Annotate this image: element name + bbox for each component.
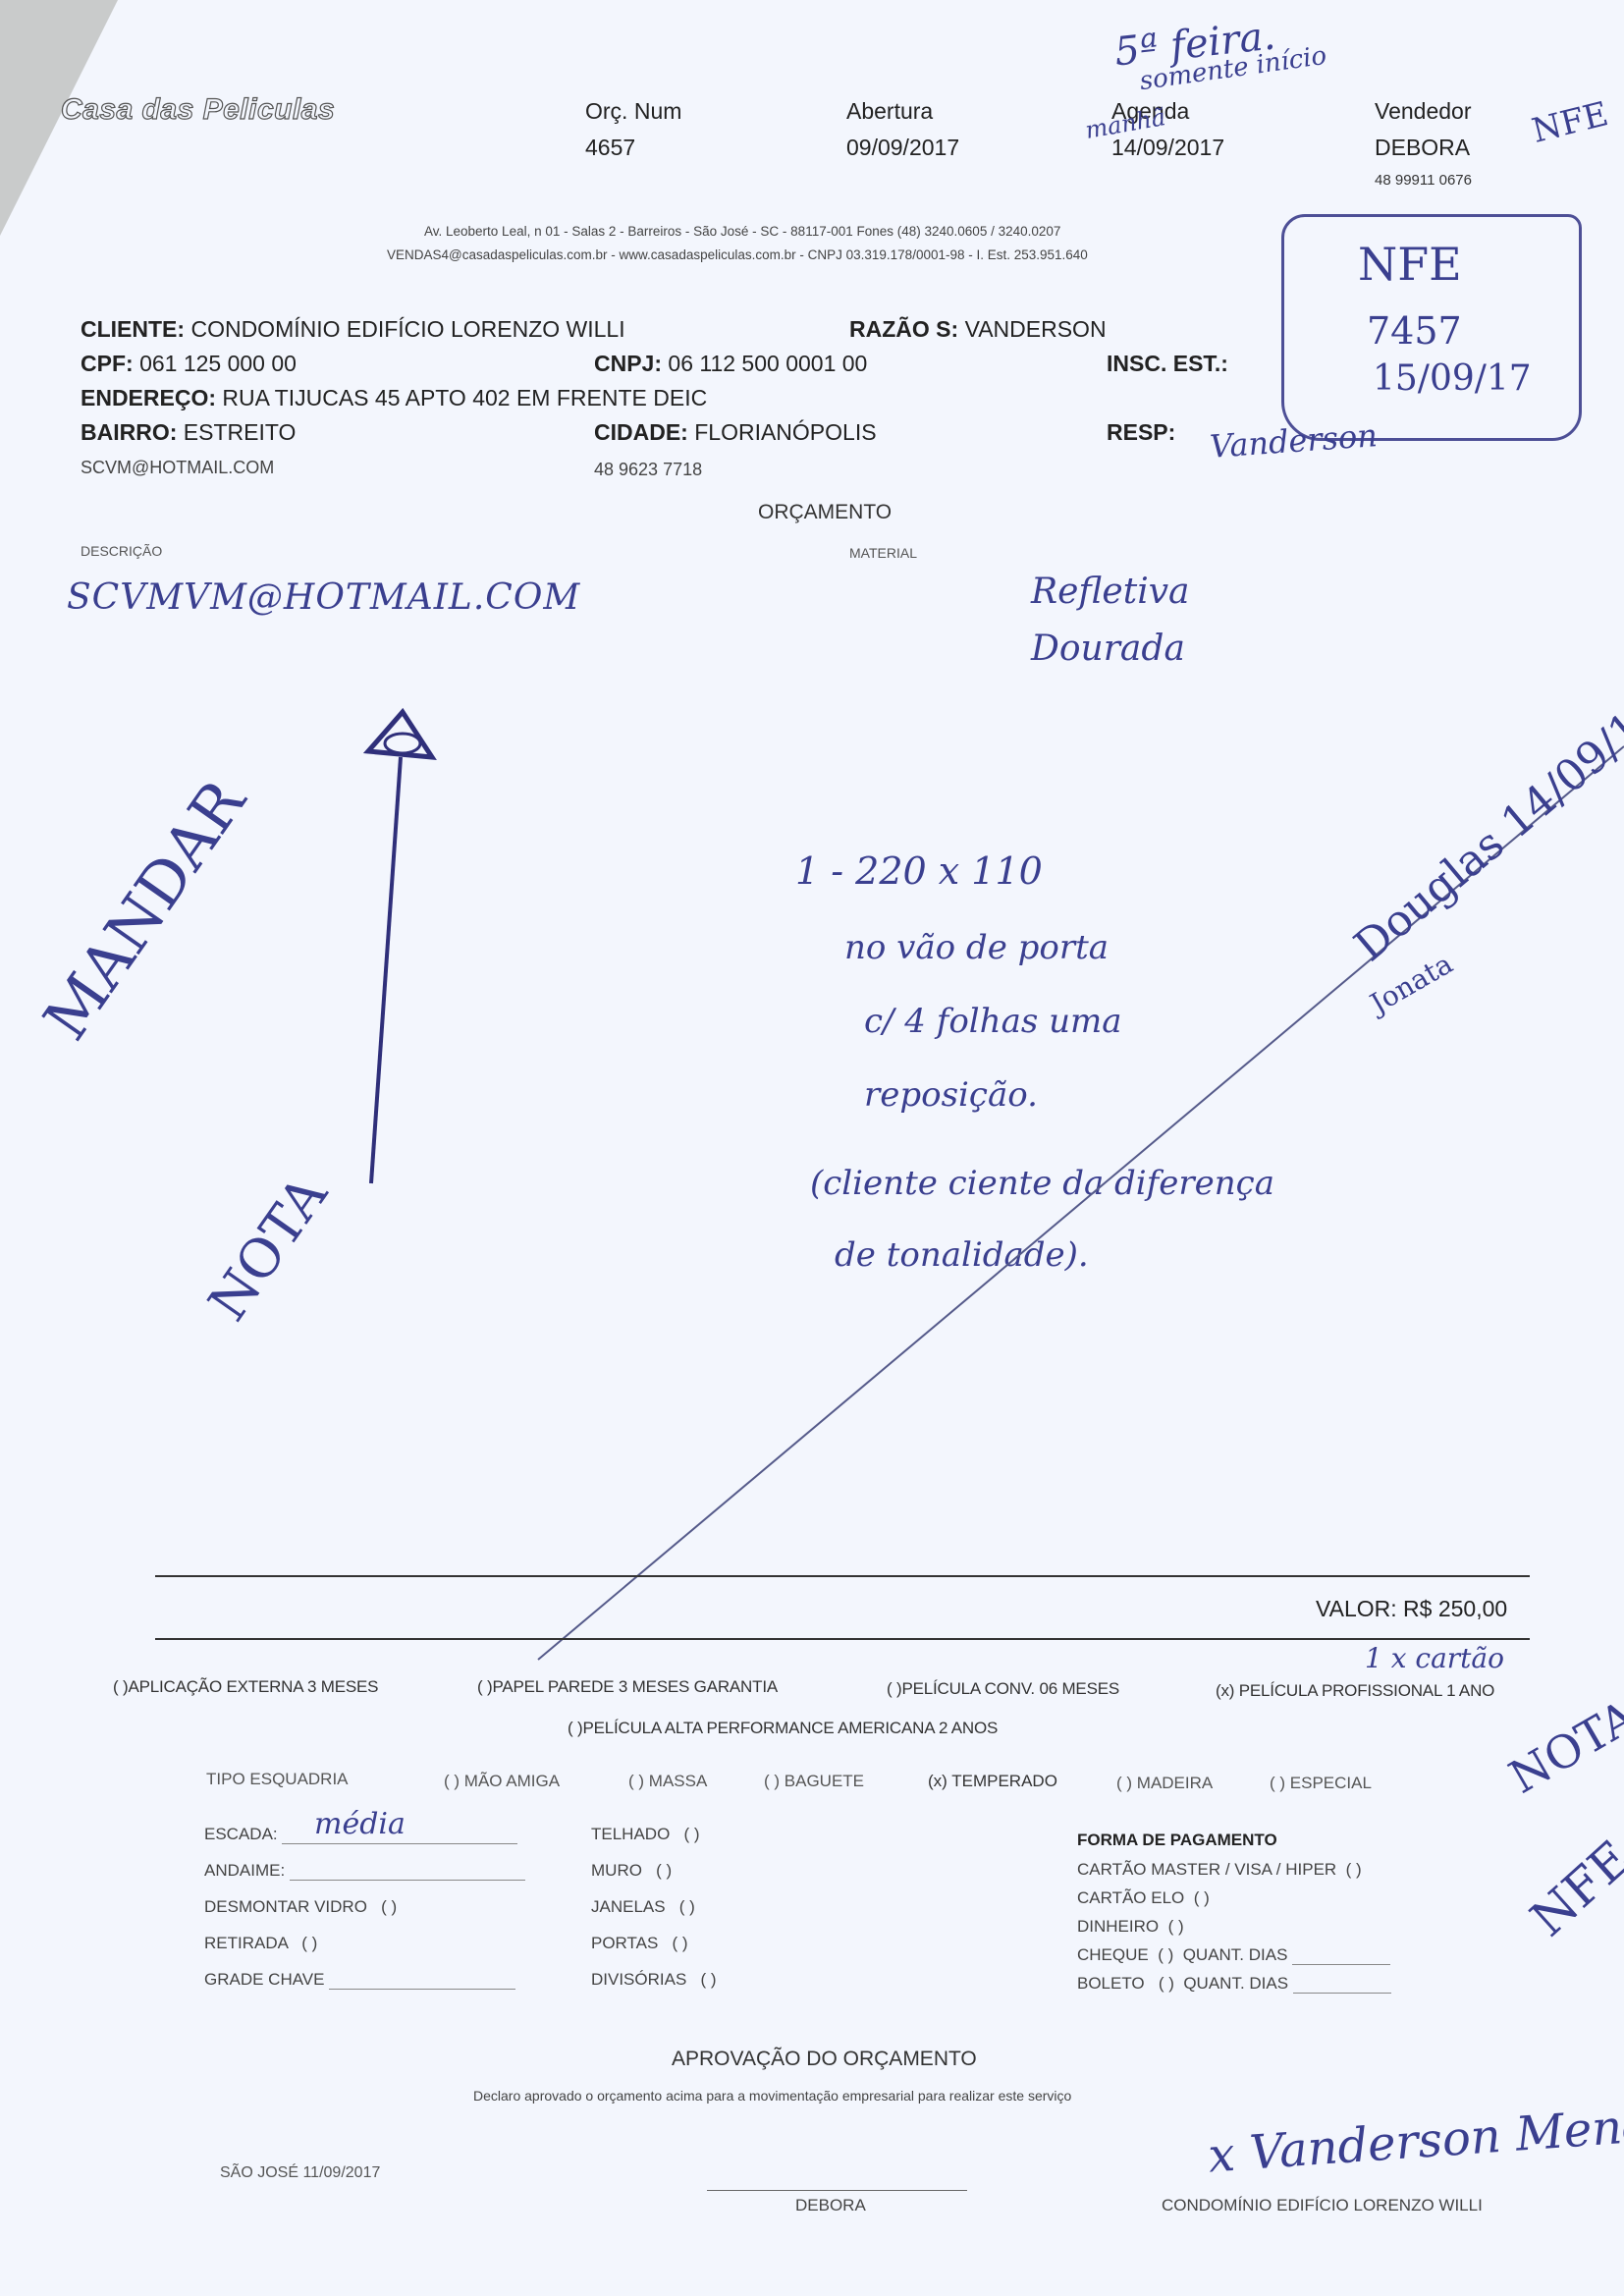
service-muro[interactable]: MURO ( ): [591, 1861, 672, 1881]
company-address: Av. Leoberto Leal, n 01 - Salas 2 - Barr…: [424, 224, 1060, 239]
option-pelicula-alta-performance[interactable]: ( )PELÍCULA ALTA PERFORMANCE AMERICANA 2…: [568, 1719, 998, 1738]
cnpj-field: CNPJ: 06 112 500 0001 00: [594, 351, 867, 377]
bairro-field: BAIRRO: ESTREITO: [81, 419, 296, 446]
esquadria-mao-amiga[interactable]: ( ) MÃO AMIGA: [444, 1772, 560, 1791]
material-label: MATERIAL: [849, 545, 917, 561]
descricao-label: DESCRIÇÃO: [81, 543, 162, 559]
razao-field: RAZÃO S: VANDERSON: [849, 316, 1107, 343]
service-andaime[interactable]: ANDAIME:: [204, 1861, 525, 1881]
orc-num-value: 4657: [585, 135, 635, 161]
nfe-box-date: 15/09/17: [1373, 358, 1532, 399]
endereco-field: ENDEREÇO: RUA TIJUCAS 45 APTO 402 EM FRE…: [81, 385, 707, 411]
vendedor-phone: 48 99911 0676: [1375, 172, 1472, 189]
option-pelicula-conv[interactable]: ( )PELÍCULA CONV. 06 MESES: [887, 1679, 1119, 1699]
company-logo: Casa das Peliculas: [61, 93, 335, 127]
material-line2: Dourada: [1031, 629, 1185, 669]
vendedor-value: DEBORA: [1375, 135, 1470, 161]
note-line: c/ 4 folhas uma: [864, 1002, 1122, 1041]
client-signature: x Vanderson Mendes: [1207, 2094, 1624, 2183]
service-retirada[interactable]: RETIRADA ( ): [204, 1934, 317, 1953]
esquadria-label: TIPO ESQUADRIA: [206, 1770, 349, 1789]
service-portas[interactable]: PORTAS ( ): [591, 1934, 688, 1953]
service-desmontar-vidro[interactable]: DESMONTAR VIDRO ( ): [204, 1897, 397, 1917]
valor-rule-top: [155, 1575, 1530, 1577]
payment-cartao-elo[interactable]: CARTÃO ELO ( ): [1077, 1888, 1210, 1908]
payment-cheque[interactable]: CHEQUE ( ) QUANT. DIAS: [1077, 1945, 1390, 1965]
payment-boleto[interactable]: BOLETO ( ) QUANT. DIAS: [1077, 1974, 1391, 1994]
insc-est-field: INSC. EST.:: [1107, 351, 1228, 377]
client-phone: 48 9623 7718: [594, 460, 702, 480]
handwritten-mandar: MANDAR: [29, 767, 259, 1053]
note-line: no vão de porta: [844, 928, 1109, 967]
handwritten-nota-left: NOTA: [196, 1165, 339, 1332]
esquadria-especial[interactable]: ( ) ESPECIAL: [1270, 1774, 1372, 1793]
esquadria-madeira[interactable]: ( ) MADEIRA: [1116, 1774, 1213, 1793]
cpf-field: CPF: 061 125 000 00: [81, 351, 297, 377]
service-janelas[interactable]: JANELAS ( ): [591, 1897, 695, 1917]
handwritten-cartao-note: 1 x cartão: [1365, 1642, 1504, 1674]
note-line: 1 - 220 x 110: [795, 849, 1043, 893]
nfe-box-number: 7457: [1367, 309, 1462, 353]
service-grade-chave[interactable]: GRADE CHAVE: [204, 1970, 515, 1990]
escada-handwritten-value: média: [314, 1807, 406, 1841]
note-line: de tonalidade).: [835, 1235, 1089, 1275]
handwritten-signature-douglas: Douglas 14/09/17: [1345, 685, 1624, 972]
seller-signature-line: [707, 2190, 967, 2191]
descricao-handwritten: SCVMVM@HOTMAIL.COM: [67, 577, 580, 618]
approval-title: APROVAÇÃO DO ORÇAMENTO: [672, 2048, 977, 2071]
place-date: SÃO JOSÉ 11/09/2017: [220, 2164, 380, 2182]
handwritten-nfe-right: NFE: [1520, 1830, 1624, 1947]
resp-handwritten: Vanderson: [1209, 416, 1379, 465]
orc-num-label: Orç. Num: [585, 98, 681, 125]
valor-rule-bottom: [155, 1638, 1530, 1640]
esquadria-baguete[interactable]: ( ) BAGUETE: [764, 1772, 864, 1791]
option-pelicula-profissional[interactable]: (x) PELÍCULA PROFISSIONAL 1 ANO: [1216, 1681, 1494, 1701]
nfe-box-title: NFE: [1358, 238, 1462, 291]
material-line1: Refletiva: [1031, 572, 1190, 612]
agenda-value: 14/09/2017: [1111, 135, 1224, 161]
client-email: SCVM@HOTMAIL.COM: [81, 458, 274, 478]
esquadria-temperado[interactable]: (x) TEMPERADO: [928, 1772, 1057, 1791]
abertura-value: 09/09/2017: [846, 135, 959, 161]
service-divisorias[interactable]: DIVISÓRIAS ( ): [591, 1970, 717, 1990]
note-line: reposição.: [864, 1075, 1038, 1115]
service-telhado[interactable]: TELHADO ( ): [591, 1825, 700, 1844]
option-papel-parede[interactable]: ( )PAPEL PAREDE 3 MESES GARANTIA: [477, 1677, 778, 1697]
payment-dinheiro[interactable]: DINHEIRO ( ): [1077, 1917, 1184, 1937]
seller-signature-label: DEBORA: [795, 2196, 866, 2215]
client-signature-label: CONDOMÍNIO EDIFÍCIO LORENZO WILLI: [1162, 2196, 1483, 2215]
cliente-field: CLIENTE: CONDOMÍNIO EDIFÍCIO LORENZO WIL…: [81, 316, 625, 343]
orcamento-title: ORÇAMENTO: [758, 501, 892, 524]
abertura-label: Abertura: [846, 98, 933, 125]
company-contact: VENDAS4@casadaspeliculas.com.br - www.ca…: [387, 247, 1088, 262]
option-aplicacao-externa[interactable]: ( )APLICAÇÃO EXTERNA 3 MESES: [113, 1677, 378, 1697]
arrow-drawing: [334, 692, 471, 1203]
payment-title: FORMA DE PAGAMENTO: [1077, 1831, 1277, 1850]
esquadria-massa[interactable]: ( ) MASSA: [628, 1772, 707, 1791]
note-line: (cliente ciente da diferença: [810, 1164, 1274, 1203]
approval-statement: Declaro aprovado o orçamento acima para …: [473, 2088, 1071, 2104]
vendedor-label: Vendedor: [1375, 98, 1471, 125]
resp-field: RESP:: [1107, 419, 1175, 446]
cidade-field: CIDADE: FLORIANÓPOLIS: [594, 419, 877, 446]
handwritten-nfe-top: NFE: [1528, 94, 1612, 151]
handwritten-nota-right: NOTA: [1500, 1689, 1624, 1803]
valor-field: VALOR: R$ 250,00: [1316, 1596, 1507, 1622]
payment-cartao-master[interactable]: CARTÃO MASTER / VISA / HIPER ( ): [1077, 1860, 1362, 1880]
